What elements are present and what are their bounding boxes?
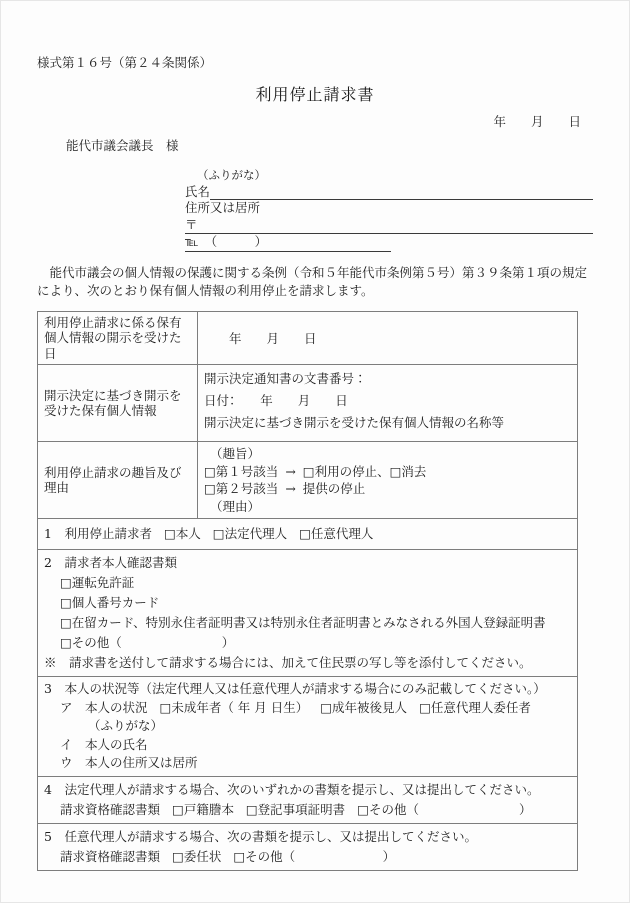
intro-paragraph: 能代市議会の個人情報の保護に関する条例（令和５年能代市条例第５号）第３９条第１項… <box>37 264 593 300</box>
disclosure-date-label: 利用停止請求に係る保有個人情報の開示を受けた日 <box>38 311 198 365</box>
form-page: 様式第１６号（第２４条関係） 利用停止請求書 年 月 日 能代市議会議長 様 （… <box>0 0 630 903</box>
section5-heading: 5 任意代理人が請求する場合、次の書類を提示し、又は提出してください。 <box>44 827 571 847</box>
info-name-field[interactable]: 開示決定に基づき開示を受けた保有個人情報の名称等 <box>204 412 571 434</box>
table-row-purport: 利用停止請求の趣旨及び理由 （趣旨） □第１号該当→□利用の停止、□消去 □第２… <box>38 442 578 519</box>
checkbox-mynumber-card[interactable]: □個人番号カード <box>44 593 571 613</box>
purport-label: 利用停止請求の趣旨及び理由 <box>38 442 198 519</box>
checkbox-other-legal-doc[interactable]: □その他（ ） <box>357 802 531 817</box>
checkbox-other-voluntary-doc[interactable]: □その他（ ） <box>233 849 395 864</box>
table-row-section2: 2 請求者本人確認書類 □運転免許証 □個人番号カード □在留カード、特別永住者… <box>38 550 578 677</box>
tel-input-line[interactable]: ℡ （ ） <box>185 234 391 252</box>
checkbox-item1-applicable[interactable]: □第１号該当 <box>204 464 278 479</box>
disclosed-info-label: 開示決定に基づき開示を受けた保有個人情報 <box>38 365 198 442</box>
postal-mark: 〒 <box>185 217 198 232</box>
checkbox-erase[interactable]: □消去 <box>390 464 427 479</box>
applicant-block: （ふりがな） 氏名 住所又は居所 〒 ℡ （ ） <box>185 167 593 252</box>
name-input-line[interactable] <box>210 184 593 201</box>
checkbox-voluntary-representative[interactable]: □任意代理人 <box>299 526 373 541</box>
section1-heading: 1 利用停止請求者 <box>44 526 152 541</box>
section3-heading: 3 本人の状況等（法定代理人又は任意代理人が請求する場合にのみ記載してください。… <box>44 680 571 699</box>
section4-docs-line: 請求資格確認書類□戸籍謄本□登記事項証明書□その他（ ） <box>44 800 571 820</box>
section4-cell: 4 法定代理人が請求する場合、次のいずれかの書類を提示し、又は提出してください。… <box>38 776 578 823</box>
page-title: 利用停止請求書 <box>37 85 593 105</box>
intro-line-2: により、次のとおり保有個人情報の利用停止を請求します。 <box>37 282 593 300</box>
section3-furigana-label: （ふりがな） <box>44 717 571 736</box>
table-row-section5: 5 任意代理人が請求する場合、次の書類を提示し、又は提出してください。 請求資格… <box>38 823 578 870</box>
arrow-right-icon: → <box>285 481 295 496</box>
checkbox-delegator[interactable]: □任意代理人委任者 <box>419 700 531 715</box>
address-label: 住所又は居所 <box>185 200 593 217</box>
table-row-disclosed-info: 開示決定に基づき開示を受けた保有個人情報 開示決定通知書の文書番号： 日付： 年… <box>38 365 578 442</box>
checkbox-registration-certificate[interactable]: □登記事項証明書 <box>246 802 345 817</box>
purport-cell: （趣旨） □第１号該当→□利用の停止、□消去 □第２号該当→提供の停止 （理由） <box>198 442 578 519</box>
checkbox-legal-representative[interactable]: □法定代理人 <box>213 526 287 541</box>
form-content: 様式第１６号（第２４条関係） 利用停止請求書 年 月 日 能代市議会議長 様 （… <box>37 1 593 871</box>
section5-docs-line: 請求資格確認書類□委任状□その他（ ） <box>44 847 571 867</box>
section2-heading: 2 請求者本人確認書類 <box>44 553 571 573</box>
section3-item-a-line: ア 本人の状況□未成年者（ 年 月 日生）□成年被後見人□任意代理人委任者 <box>44 699 571 718</box>
section4-heading: 4 法定代理人が請求する場合、次のいずれかの書類を提示し、又は提出してください。 <box>44 780 571 800</box>
table-row-section3: 3 本人の状況等（法定代理人又は任意代理人が請求する場合にのみ記載してください。… <box>38 677 578 777</box>
reason-heading: （理由） <box>204 498 571 516</box>
intro-line-1: 能代市議会の個人情報の保護に関する条例（令和５年能代市条例第５号）第３９条第１項… <box>37 264 593 282</box>
section4-docs-label: 請求資格確認書類 <box>60 802 160 817</box>
tel-label: ℡ （ ） <box>185 234 267 249</box>
addressee: 能代市議会議長 様 <box>37 137 593 154</box>
item-a-label: ア 本人の状況 <box>60 700 148 715</box>
purport-item2-line: □第２号該当→提供の停止 <box>204 480 571 498</box>
disclosure-date-field[interactable]: 年 月 日 <box>198 311 578 365</box>
item2-result-text: 提供の停止 <box>303 481 366 496</box>
purport-item1-line: □第１号該当→□利用の停止、□消去 <box>204 463 571 481</box>
checkbox-residence-card[interactable]: □在留カード、特別永住者証明書又は特別永住者証明書とみなされる外国人登録証明書 <box>44 613 571 633</box>
section2-cell: 2 請求者本人確認書類 □運転免許証 □個人番号カード □在留カード、特別永住者… <box>38 550 578 677</box>
postal-input-line[interactable]: 〒 <box>185 217 593 235</box>
checkbox-drivers-license[interactable]: □運転免許証 <box>44 573 571 593</box>
table-row-section1: 1 利用停止請求者□本人□法定代理人□任意代理人 <box>38 519 578 550</box>
name-row: 氏名 <box>185 184 593 201</box>
principal-address-field[interactable]: ウ 本人の住所又は居所 <box>44 754 571 773</box>
header-date-field[interactable]: 年 月 日 <box>37 113 593 130</box>
doc-number-field[interactable]: 開示決定通知書の文書番号： <box>204 368 571 390</box>
principal-name-field[interactable]: イ 本人の氏名 <box>44 736 571 755</box>
furigana-label: （ふりがな） <box>185 167 593 184</box>
doc-date-field[interactable]: 日付： 年 月 日 <box>204 390 571 412</box>
purport-heading: （趣旨） <box>204 445 571 463</box>
table-row-section4: 4 法定代理人が請求する場合、次のいずれかの書類を提示し、又は提出してください。… <box>38 776 578 823</box>
section5-docs-label: 請求資格確認書類 <box>60 849 160 864</box>
disclosed-info-cell: 開示決定通知書の文書番号： 日付： 年 月 日 開示決定に基づき開示を受けた保有… <box>198 365 578 442</box>
checkbox-minor[interactable]: □未成年者（ 年 月 日生） <box>160 700 309 715</box>
name-label: 氏名 <box>185 184 210 201</box>
checkbox-family-register[interactable]: □戸籍謄本 <box>172 802 234 817</box>
arrow-right-icon: → <box>285 464 295 479</box>
checkbox-self[interactable]: □本人 <box>164 526 201 541</box>
request-table: 利用停止請求に係る保有個人情報の開示を受けた日 年 月 日 開示決定に基づき開示… <box>37 311 578 871</box>
checkbox-stop-use[interactable]: □利用の停止、 <box>303 464 390 479</box>
checkbox-adult-ward[interactable]: □成年被後見人 <box>320 700 407 715</box>
section5-cell: 5 任意代理人が請求する場合、次の書類を提示し、又は提出してください。 請求資格… <box>38 823 578 870</box>
table-row-disclosure-date: 利用停止請求に係る保有個人情報の開示を受けた日 年 月 日 <box>38 311 578 365</box>
section3-cell: 3 本人の状況等（法定代理人又は任意代理人が請求する場合にのみ記載してください。… <box>38 677 578 777</box>
checkbox-item2-applicable[interactable]: □第２号該当 <box>204 481 278 496</box>
checkbox-other-id[interactable]: □その他（ ） <box>44 633 571 653</box>
form-number: 様式第１６号（第２４条関係） <box>37 55 593 71</box>
section2-note: ※ 請求書を送付して請求する場合には、加えて住民票の写し等を添付してください。 <box>44 653 571 673</box>
checkbox-power-of-attorney[interactable]: □委任状 <box>172 849 221 864</box>
section1-cell: 1 利用停止請求者□本人□法定代理人□任意代理人 <box>38 519 578 550</box>
